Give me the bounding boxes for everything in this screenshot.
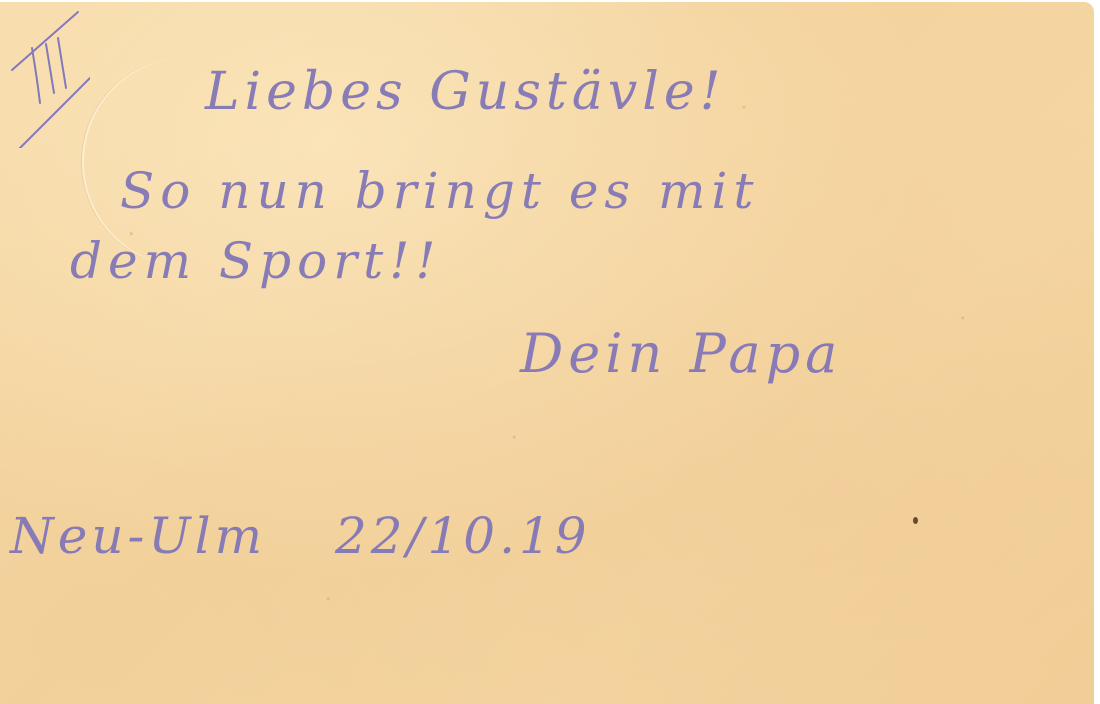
greeting-line: Liebes Gustävle! (205, 62, 726, 122)
place-name: Neu-Ulm (10, 507, 266, 565)
ink-spot (913, 517, 918, 524)
date: 22/10.19 (335, 507, 591, 565)
message-line-2: dem Sport!! (70, 232, 441, 290)
roman-numeral-mark-icon: III (10, 8, 90, 148)
signature: Dein Papa (520, 322, 842, 385)
postcard: III Liebes Gustävle! So nun bringt es mi… (0, 2, 1094, 704)
message-line-1: So nun bringt es mit (120, 162, 759, 220)
